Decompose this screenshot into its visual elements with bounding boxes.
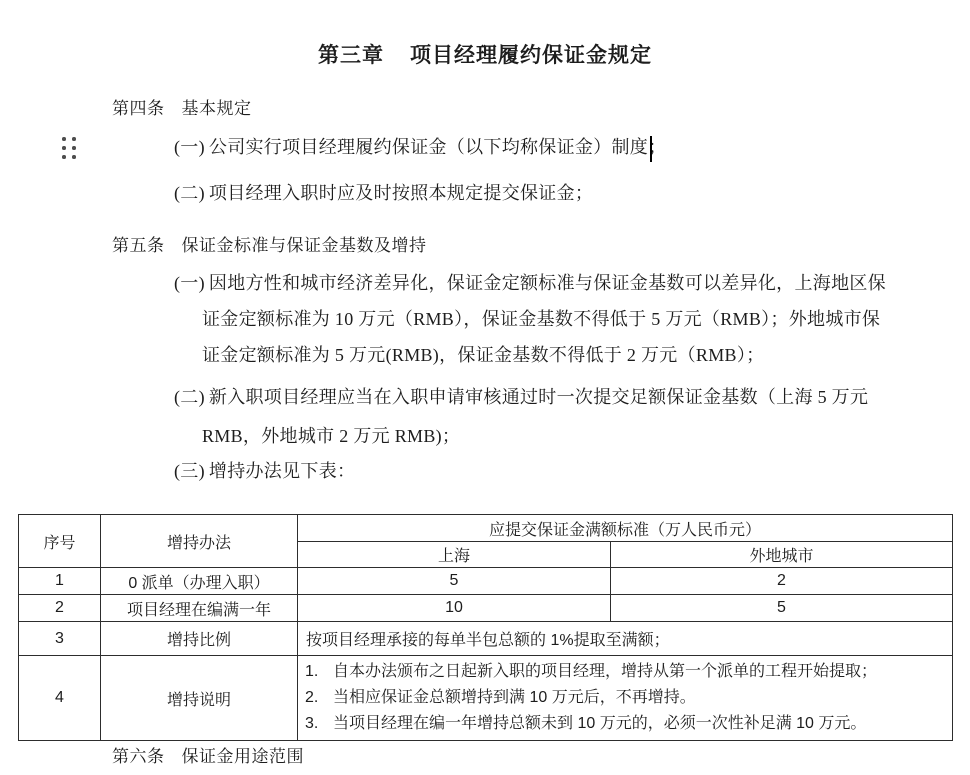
drag-handle-dot: [72, 155, 76, 159]
item-text: 增持办法见下表：: [209, 461, 355, 481]
article5-title: 保证金标准与保证金基数及增持: [182, 236, 427, 255]
item-text: 公司实行项目经理履约保证金（以下均称保证金）制度；: [209, 137, 667, 157]
item-marker: (二): [174, 387, 205, 407]
article4-title: 基本规定: [182, 99, 252, 118]
note-number: 2.: [305, 685, 333, 711]
article5-item1-line1[interactable]: (一)因地方性和城市经济差异化，保证金定额标准与保证金基数可以差异化，上海地区保: [174, 273, 886, 294]
article4-item1[interactable]: (一)公司实行项目经理履约保证金（以下均称保证金）制度；: [174, 137, 666, 158]
item-text: 因地方性和城市经济差异化，保证金定额标准与保证金基数可以差异化，上海地区保: [209, 273, 886, 293]
article5-heading[interactable]: 第五条保证金标准与保证金基数及增持: [112, 231, 427, 256]
cell-notes[interactable]: 1.自本办法颁布之日起新入职的项目经理，增持从第一个派单的工程开始提取； 2.当…: [298, 656, 953, 741]
cell-no[interactable]: 3: [19, 622, 101, 656]
item-marker: (二): [174, 183, 205, 203]
note-line: 1.自本办法颁布之日起新入职的项目经理，增持从第一个派单的工程开始提取；: [305, 659, 946, 685]
item-text: 新入职项目经理应当在入职申请审核通过时一次提交足额保证金基数（上海 5 万元: [209, 387, 868, 407]
chapter-title-text: 项目经理履约保证金规定: [410, 43, 652, 67]
cell-other-value[interactable]: 2: [611, 568, 953, 595]
cell-shanghai-value[interactable]: 5: [298, 568, 611, 595]
cell-no[interactable]: 4: [19, 656, 101, 741]
cell-shanghai-value[interactable]: 10: [298, 595, 611, 622]
item-marker: (三): [174, 461, 205, 481]
drag-handle-dot: [72, 137, 76, 141]
table-row: 4 增持说明 1.自本办法颁布之日起新入职的项目经理，增持从第一个派单的工程开始…: [19, 656, 953, 741]
note-line: 2.当相应保证金总额增持到满 10 万元后，不再增持。: [305, 685, 946, 711]
table-row: 3 增持比例 按项目经理承接的每单半包总额的 1%提取至满额；: [19, 622, 953, 656]
cell-no[interactable]: 2: [19, 595, 101, 622]
drag-handle-dot: [72, 146, 76, 150]
cell-other-value[interactable]: 5: [611, 595, 953, 622]
article6-number: 第六条: [112, 747, 165, 766]
item-text: 证金定额标准为 5 万元(RMB)，保证金基数不得低于 2 万元（RMB）；: [202, 345, 764, 365]
cell-method[interactable]: 0 派单（办理入职）: [101, 568, 298, 595]
note-text: 当相应保证金总额增持到满 10 万元后，不再增持。: [333, 689, 696, 706]
article4-heading[interactable]: 第四条基本规定: [112, 94, 252, 119]
cell-method[interactable]: 项目经理在编满一年: [101, 595, 298, 622]
item-marker: (一): [174, 137, 205, 157]
table-row: 1 0 派单（办理入职） 5 2: [19, 568, 953, 595]
header-cell-standard[interactable]: 应提交保证金满额标准（万人民币元）: [298, 515, 953, 542]
table-row: 2 项目经理在编满一年 10 5: [19, 595, 953, 622]
article5-item2-line1[interactable]: (二)新入职项目经理应当在入职申请审核通过时一次提交足额保证金基数（上海 5 万…: [174, 387, 868, 408]
article6-heading[interactable]: 第六条保证金用途范围: [112, 742, 304, 767]
cell-no[interactable]: 1: [19, 568, 101, 595]
deposit-increase-table: 序号 增持办法 应提交保证金满额标准（万人民币元） 上海 外地城市 1 0 派单…: [18, 514, 953, 741]
article6-title: 保证金用途范围: [182, 747, 305, 766]
note-number: 1.: [305, 659, 333, 685]
drag-handle-icon[interactable]: [62, 137, 76, 159]
cell-method[interactable]: 增持比例: [101, 622, 298, 656]
article4-item2[interactable]: (二)项目经理入职时应及时按照本规定提交保证金；: [174, 183, 593, 204]
chapter-number: 第三章: [318, 43, 384, 67]
article5-number: 第五条: [112, 236, 165, 255]
article5-item2-line2[interactable]: RMB，外地城市 2 万元 RMB)；: [202, 426, 460, 447]
header-cell-no[interactable]: 序号: [19, 515, 101, 568]
article5-item1-line2[interactable]: 证金定额标准为 10 万元（RMB），保证金基数不得低于 5 万元（RMB）；外…: [202, 309, 880, 330]
note-text: 当项目经理在编一年增持总额未到 10 万元的，必须一次性补足满 10 万元。: [333, 715, 866, 732]
note-number: 3.: [305, 711, 333, 737]
cell-method[interactable]: 增持说明: [101, 656, 298, 741]
header-cell-other-city[interactable]: 外地城市: [611, 542, 953, 568]
item-marker: (一): [174, 273, 205, 293]
item-text: 项目经理入职时应及时按照本规定提交保证金；: [209, 183, 593, 203]
article4-number: 第四条: [112, 99, 165, 118]
item-text: RMB，外地城市 2 万元 RMB)；: [202, 426, 460, 446]
drag-handle-dot: [62, 137, 66, 141]
note-line: 3.当项目经理在编一年增持总额未到 10 万元的，必须一次性补足满 10 万元。: [305, 711, 946, 737]
drag-handle-dot: [62, 146, 66, 150]
note-text: 自本办法颁布之日起新入职的项目经理，增持从第一个派单的工程开始提取；: [333, 663, 877, 680]
article5-item1-line3[interactable]: 证金定额标准为 5 万元(RMB)，保证金基数不得低于 2 万元（RMB）；: [202, 345, 764, 366]
cell-ratio-desc[interactable]: 按项目经理承接的每单半包总额的 1%提取至满额；: [298, 622, 953, 656]
drag-handle-dot: [62, 155, 66, 159]
text-caret: [650, 136, 652, 162]
page-title[interactable]: 第三章项目经理履约保证金规定: [0, 39, 970, 69]
item-text: 证金定额标准为 10 万元（RMB），保证金基数不得低于 5 万元（RMB）；外…: [202, 309, 880, 329]
header-cell-shanghai[interactable]: 上海: [298, 542, 611, 568]
header-cell-method[interactable]: 增持办法: [101, 515, 298, 568]
article5-item3[interactable]: (三)增持办法见下表：: [174, 461, 355, 482]
table-header-row-1: 序号 增持办法 应提交保证金满额标准（万人民币元）: [19, 515, 953, 542]
